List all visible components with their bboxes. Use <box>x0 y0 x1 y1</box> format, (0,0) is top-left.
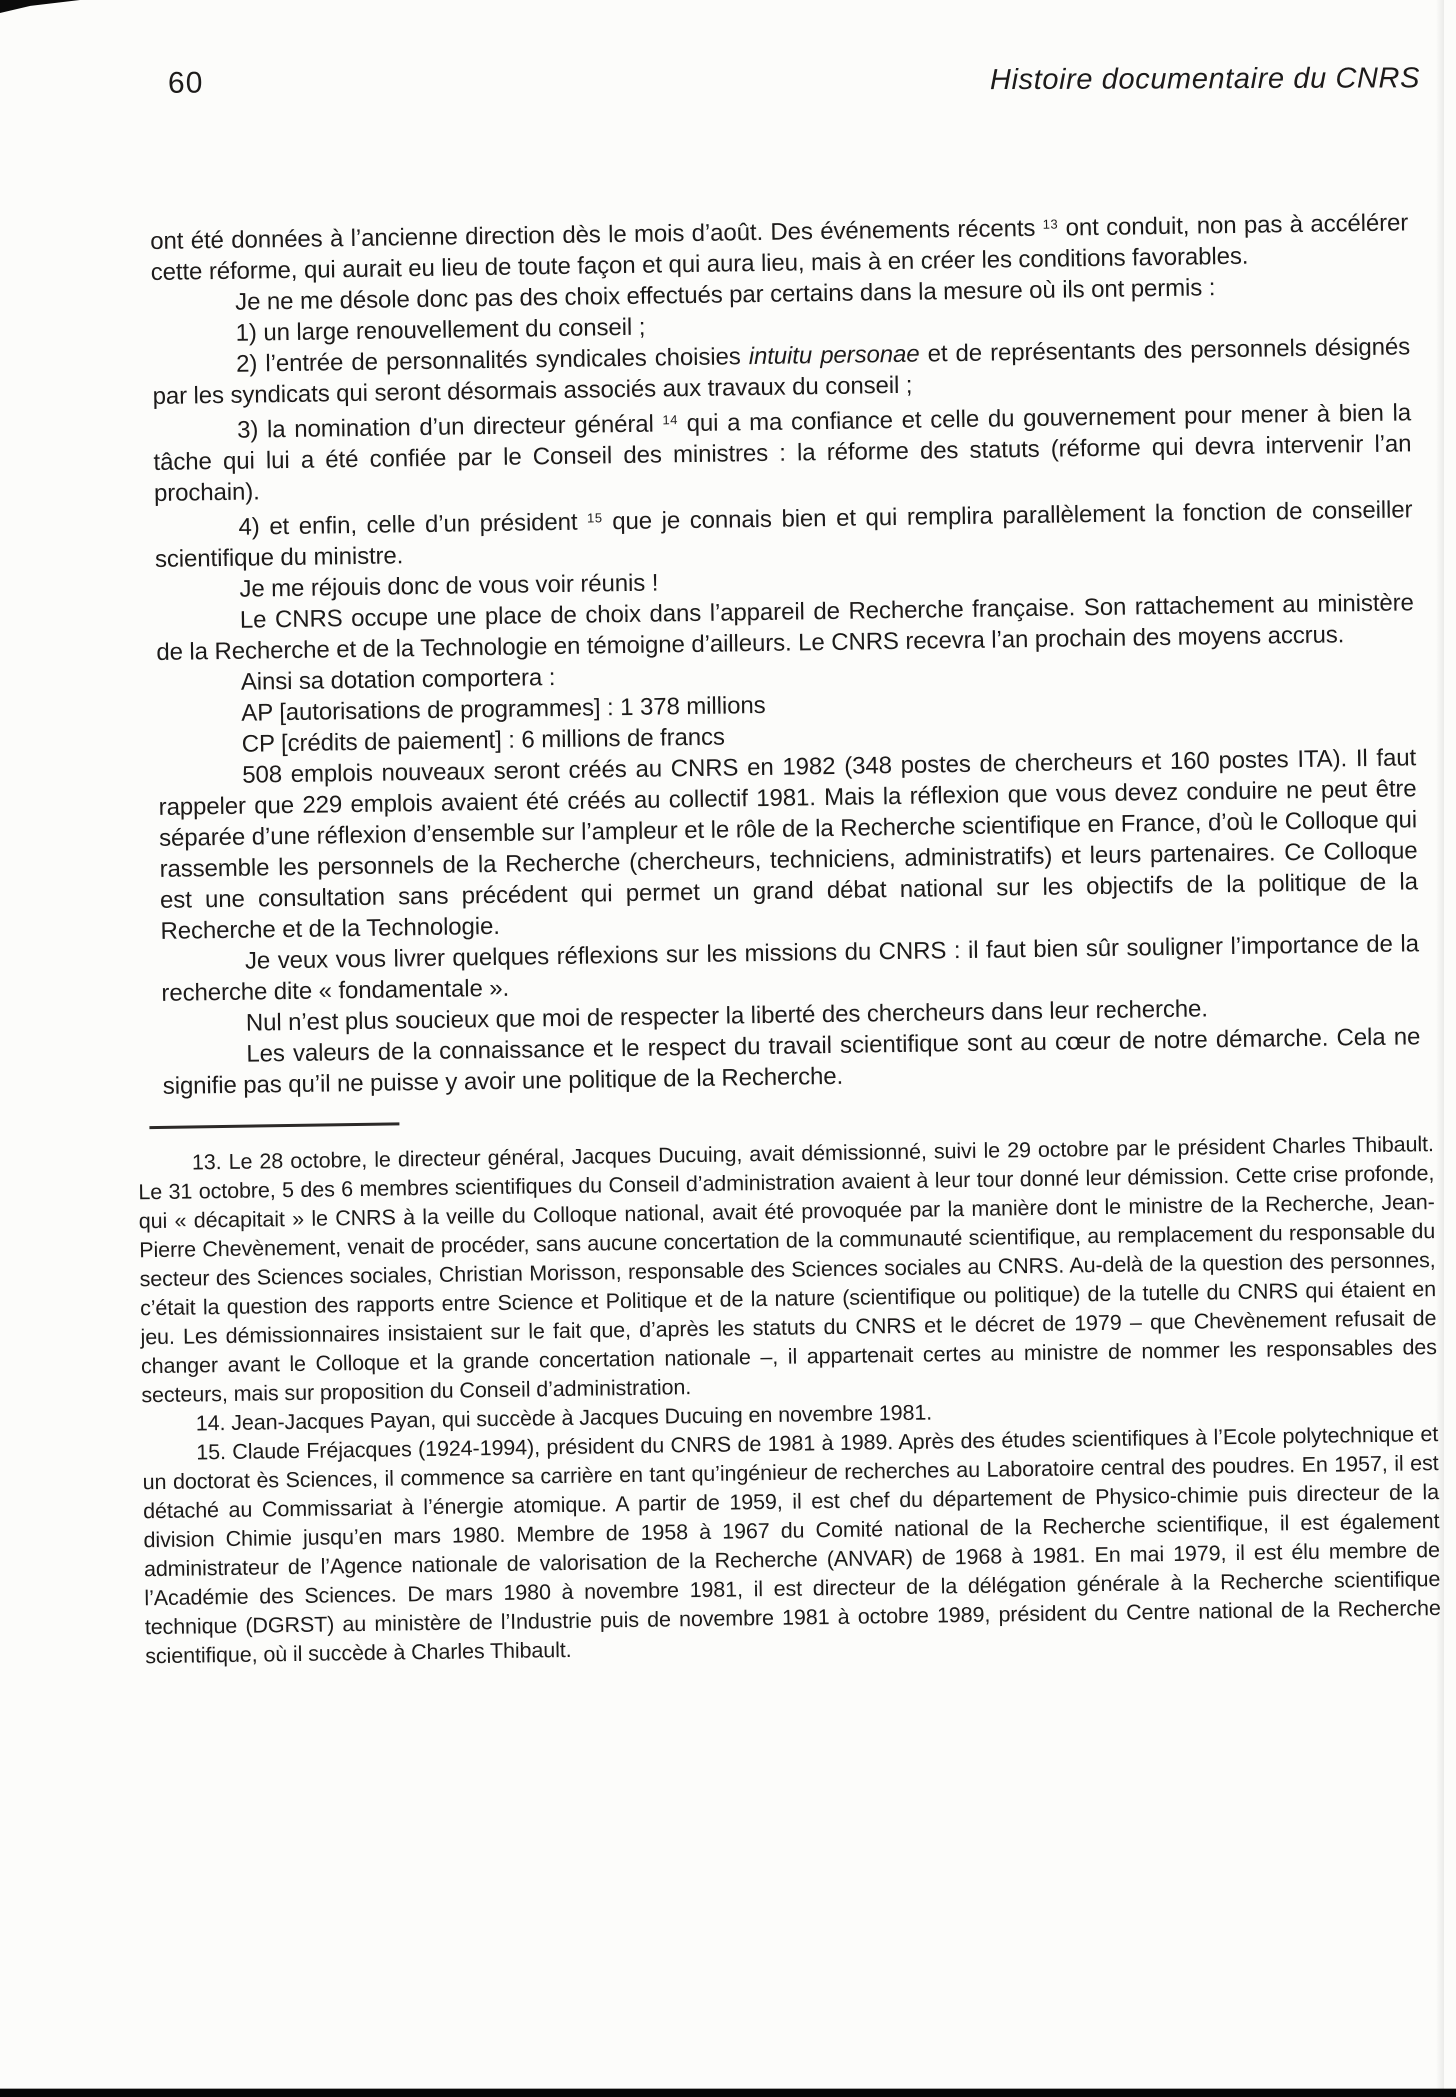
scan-artifact-corner <box>0 0 80 13</box>
paragraph-text: 2) l’entrée de personnalités syndicales … <box>236 343 749 378</box>
footnote-15: 15. Claude Fréjacques (1924-1994), prési… <box>142 1420 1441 1671</box>
running-head: 60 Histoire documentaire du CNRS <box>168 61 1420 100</box>
running-title: Histoire documentaire du CNRS <box>990 62 1420 97</box>
footnote-ref-14: 14 <box>662 412 678 427</box>
paragraph-text: 4) et enfin, celle d’un président <box>238 509 587 541</box>
footnote-ref-15: 15 <box>587 510 603 525</box>
body-text: ont été données à l’ancienne direction d… <box>150 203 1421 1102</box>
list-item-3: 3) la nomination d’un directeur général … <box>153 393 1412 509</box>
paragraph-text: 3) la nomination d’un directeur général <box>237 410 663 443</box>
footnotes: 13. Le 28 octobre, le directeur général,… <box>138 1130 1442 1671</box>
footnote-separator <box>149 1122 399 1129</box>
scanned-book-page: 60 Histoire documentaire du CNRS ont été… <box>0 0 1456 2097</box>
page-content: ont été données à l’ancienne direction d… <box>150 203 1429 1671</box>
page-edge-shadow <box>1436 0 1444 2097</box>
page-number: 60 <box>168 67 204 101</box>
footnote-13: 13. Le 28 octobre, le directeur général,… <box>138 1130 1438 1410</box>
latin-phrase: intuitu personae <box>749 341 920 371</box>
scan-artifact-bottom-bar <box>0 2089 1456 2097</box>
footnote-ref-13: 13 <box>1043 217 1059 232</box>
paragraph: 508 emplois nouveaux seront créés au CNR… <box>158 742 1419 947</box>
